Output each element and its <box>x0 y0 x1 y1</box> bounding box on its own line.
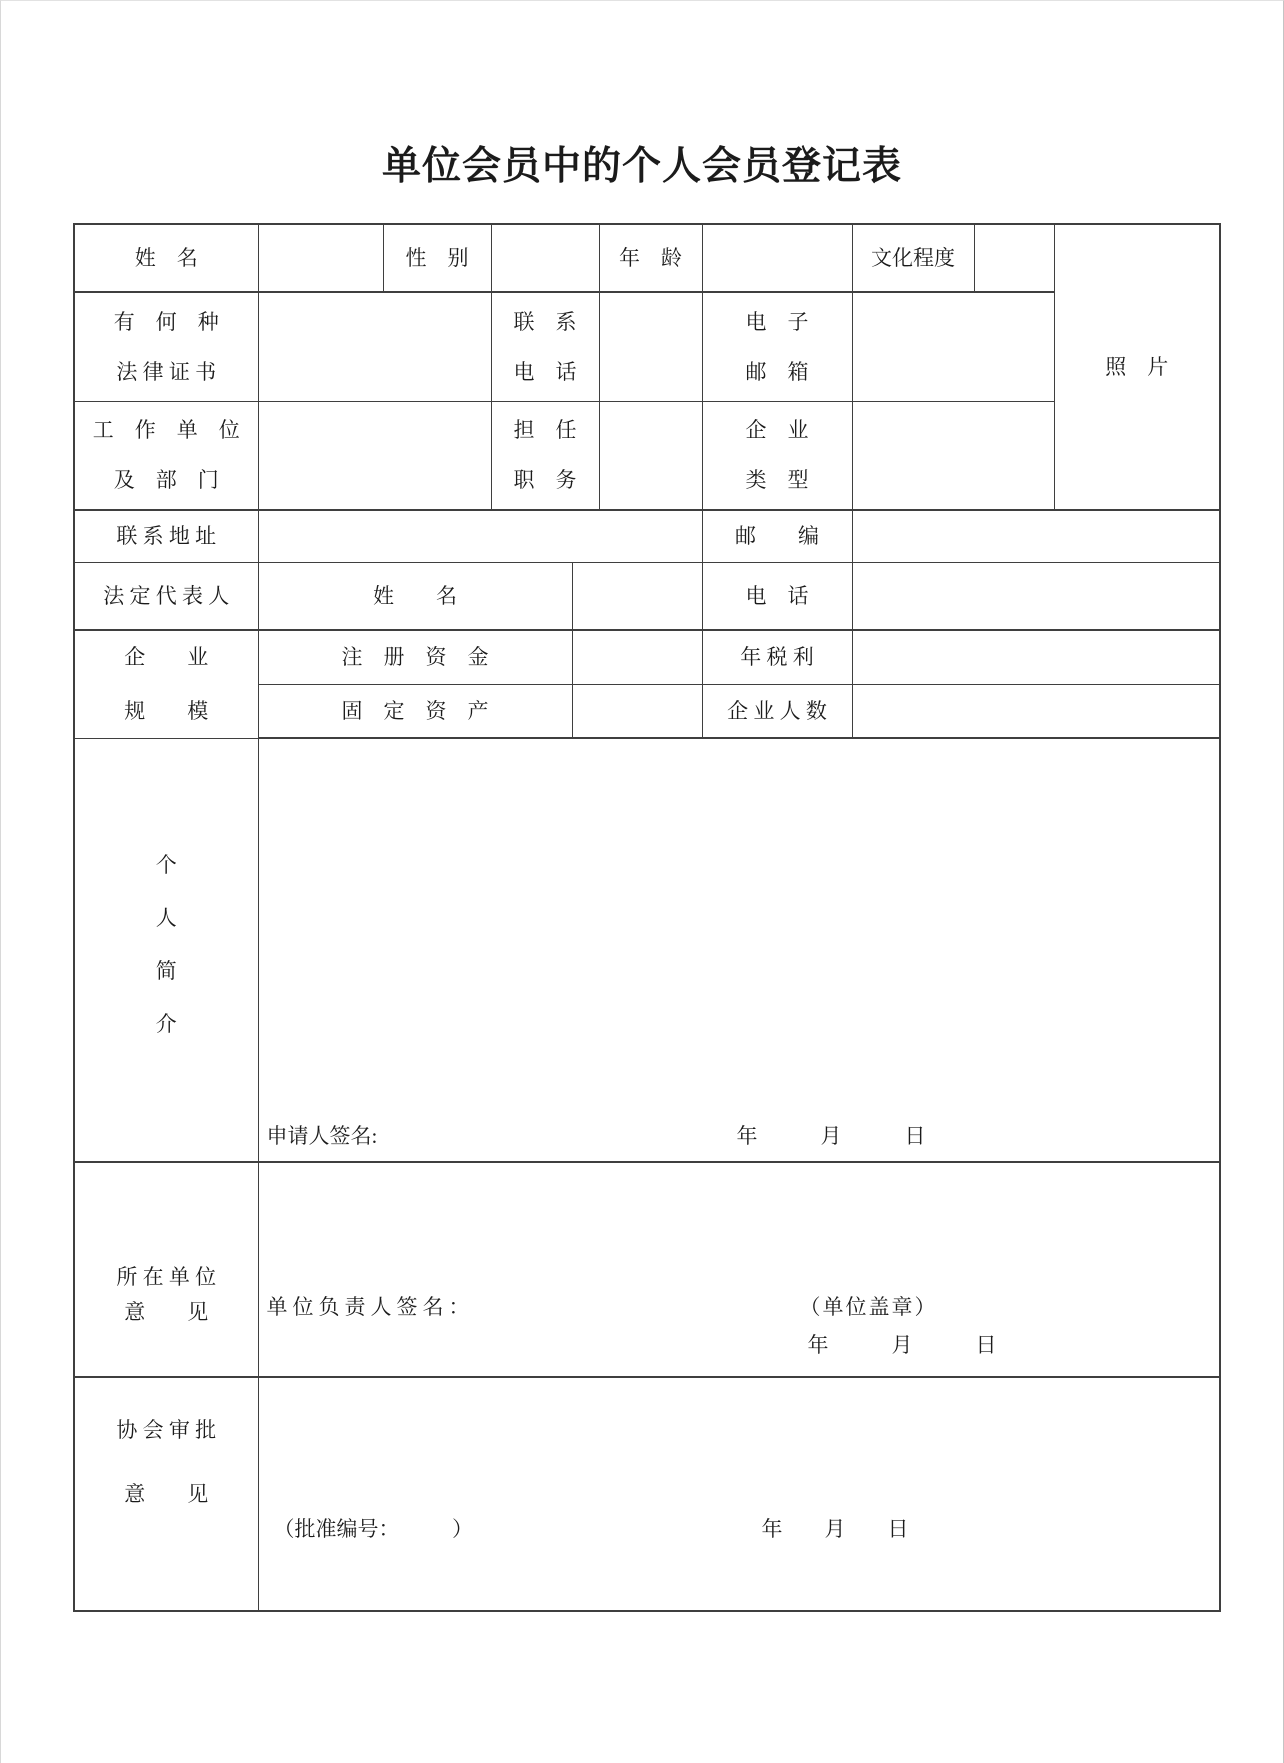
association-opinion-label-line2: 意 见 <box>124 1484 208 1505</box>
personal-profile-char-2: 人 <box>156 908 177 929</box>
unit-date-label: 年 月 日 <box>808 1335 997 1356</box>
annual-tax-profit-label: 年 税 利 <box>740 645 814 669</box>
work-unit-label-line1: 工 作 单 位 <box>93 420 240 441</box>
legal-rep-name-value-cell[interactable] <box>572 563 702 631</box>
enterprise-scale-label-line1: 企 业 <box>124 647 208 668</box>
personal-profile-char-1: 个 <box>156 855 177 876</box>
fixed-assets-label: 固 定 资 产 <box>342 699 489 723</box>
work-unit-label-cell: 工 作 单 位 及 部 门 <box>74 402 258 511</box>
legal-rep-name-label: 姓 名 <box>373 584 457 608</box>
age-label: 年 龄 <box>619 246 682 270</box>
gender-label: 性 别 <box>406 246 469 270</box>
contact-phone-label-line2: 电 话 <box>514 362 577 383</box>
name-value-cell[interactable] <box>258 224 383 292</box>
gender-label-cell: 性 别 <box>383 224 491 292</box>
annual-tax-profit-label-cell: 年 税 利 <box>702 630 852 685</box>
position-label-line2: 职 务 <box>514 470 577 491</box>
association-opinion-label-line1: 协 会 审 批 <box>116 1420 216 1441</box>
work-unit-label-line2: 及 部 门 <box>114 470 219 491</box>
employee-count-label-cell: 企 业 人 数 <box>702 685 852 739</box>
work-unit-value-cell[interactable] <box>258 402 491 511</box>
position-value-cell[interactable] <box>599 402 702 511</box>
email-label-line2: 邮 箱 <box>746 362 809 383</box>
form-page: 单位会员中的个人会员登记表 姓 名 性 别 年 龄 文化程度 照 片 有 何 种 <box>0 0 1284 1763</box>
position-label-cell: 担 任 职 务 <box>491 402 599 511</box>
age-label-cell: 年 龄 <box>599 224 702 292</box>
contact-phone-label-cell: 联 系 电 话 <box>491 292 599 402</box>
contact-phone-value-cell[interactable] <box>599 292 702 402</box>
enterprise-type-label-line1: 企 业 <box>746 420 809 441</box>
enterprise-scale-label-line2: 规 模 <box>124 701 208 722</box>
education-label: 文化程度 <box>871 246 955 270</box>
address-value-cell[interactable] <box>258 510 702 563</box>
registration-table: 姓 名 性 别 年 龄 文化程度 照 片 有 何 种 法 律 证 书 联 系 <box>73 223 1221 1612</box>
postcode-label: 邮 编 <box>735 524 819 548</box>
age-value-cell[interactable] <box>702 224 852 292</box>
postcode-label-cell: 邮 编 <box>702 510 852 563</box>
personal-profile-char-4: 介 <box>156 1014 177 1035</box>
certificate-label-line1: 有 何 种 <box>114 312 219 333</box>
legal-rep-phone-label: 电 话 <box>746 584 809 608</box>
form-title: 单位会员中的个人会员登记表 <box>1 135 1283 191</box>
personal-profile-label-cell: 个 人 简 介 <box>74 738 258 1162</box>
unit-head-signature-label: 单位负责人签名： <box>267 1297 475 1318</box>
association-date-label: 年 月 日 <box>762 1519 909 1540</box>
association-opinion-cell[interactable]: （批准编号： ） 年 月 日 <box>258 1377 1220 1611</box>
email-label-line1: 电 子 <box>746 312 809 333</box>
enterprise-type-label-cell: 企 业 类 型 <box>702 402 852 511</box>
annual-tax-profit-value-cell[interactable] <box>852 630 1220 685</box>
name-label-cell: 姓 名 <box>74 224 258 292</box>
education-value-cell[interactable] <box>974 224 1054 292</box>
gender-value-cell[interactable] <box>491 224 599 292</box>
email-label-cell: 电 子 邮 箱 <box>702 292 852 402</box>
personal-profile-cell[interactable]: 申请人签名: 年 月 日 <box>258 738 1220 1162</box>
unit-opinion-label-line1: 所 在 单 位 <box>116 1267 216 1288</box>
certificate-label-line2: 法 律 证 书 <box>116 362 216 383</box>
name-label: 姓 名 <box>135 246 198 270</box>
applicant-date-label: 年 月 日 <box>737 1126 926 1147</box>
unit-opinion-cell[interactable]: 单位负责人签名： （单位盖章） 年 月 日 <box>258 1162 1220 1377</box>
education-label-cell: 文化程度 <box>852 224 974 292</box>
registered-capital-label-cell: 注 册 资 金 <box>258 630 572 685</box>
photo-label: 照 片 <box>1105 355 1168 379</box>
email-value-cell[interactable] <box>852 292 1054 402</box>
enterprise-scale-label-cell: 企 业 规 模 <box>74 630 258 738</box>
photo-cell[interactable]: 照 片 <box>1054 224 1220 510</box>
postcode-value-cell[interactable] <box>852 510 1220 563</box>
certificate-value-cell[interactable] <box>258 292 491 402</box>
unit-stamp-label: （单位盖章） <box>800 1297 938 1318</box>
legal-rep-label-cell: 法 定 代 表 人 <box>74 563 258 631</box>
approval-number-label: （批准编号： ） <box>274 1519 474 1540</box>
registered-capital-value-cell[interactable] <box>572 630 702 685</box>
enterprise-type-value-cell[interactable] <box>852 402 1054 511</box>
employee-count-value-cell[interactable] <box>852 685 1220 739</box>
unit-opinion-label-cell: 所 在 单 位 意 见 <box>74 1162 258 1377</box>
position-label-line1: 担 任 <box>514 420 577 441</box>
registered-capital-label: 注 册 资 金 <box>342 645 489 669</box>
personal-profile-char-3: 简 <box>156 961 177 982</box>
employee-count-label: 企 业 人 数 <box>727 699 827 723</box>
unit-opinion-label-line2: 意 见 <box>124 1302 208 1323</box>
legal-rep-phone-value-cell[interactable] <box>852 563 1220 631</box>
applicant-signature-label: 申请人签名: <box>267 1126 378 1147</box>
contact-phone-label-line1: 联 系 <box>514 312 577 333</box>
fixed-assets-value-cell[interactable] <box>572 685 702 739</box>
legal-rep-phone-label-cell: 电 话 <box>702 563 852 631</box>
enterprise-type-label-line2: 类 型 <box>746 470 809 491</box>
address-label: 联 系 地 址 <box>116 524 216 548</box>
certificate-label-cell: 有 何 种 法 律 证 书 <box>74 292 258 402</box>
legal-rep-name-label-cell: 姓 名 <box>258 563 572 631</box>
address-label-cell: 联 系 地 址 <box>74 510 258 563</box>
legal-rep-label: 法 定 代 表 人 <box>103 584 229 608</box>
fixed-assets-label-cell: 固 定 资 产 <box>258 685 572 739</box>
association-opinion-label-cell: 协 会 审 批 意 见 <box>74 1377 258 1611</box>
